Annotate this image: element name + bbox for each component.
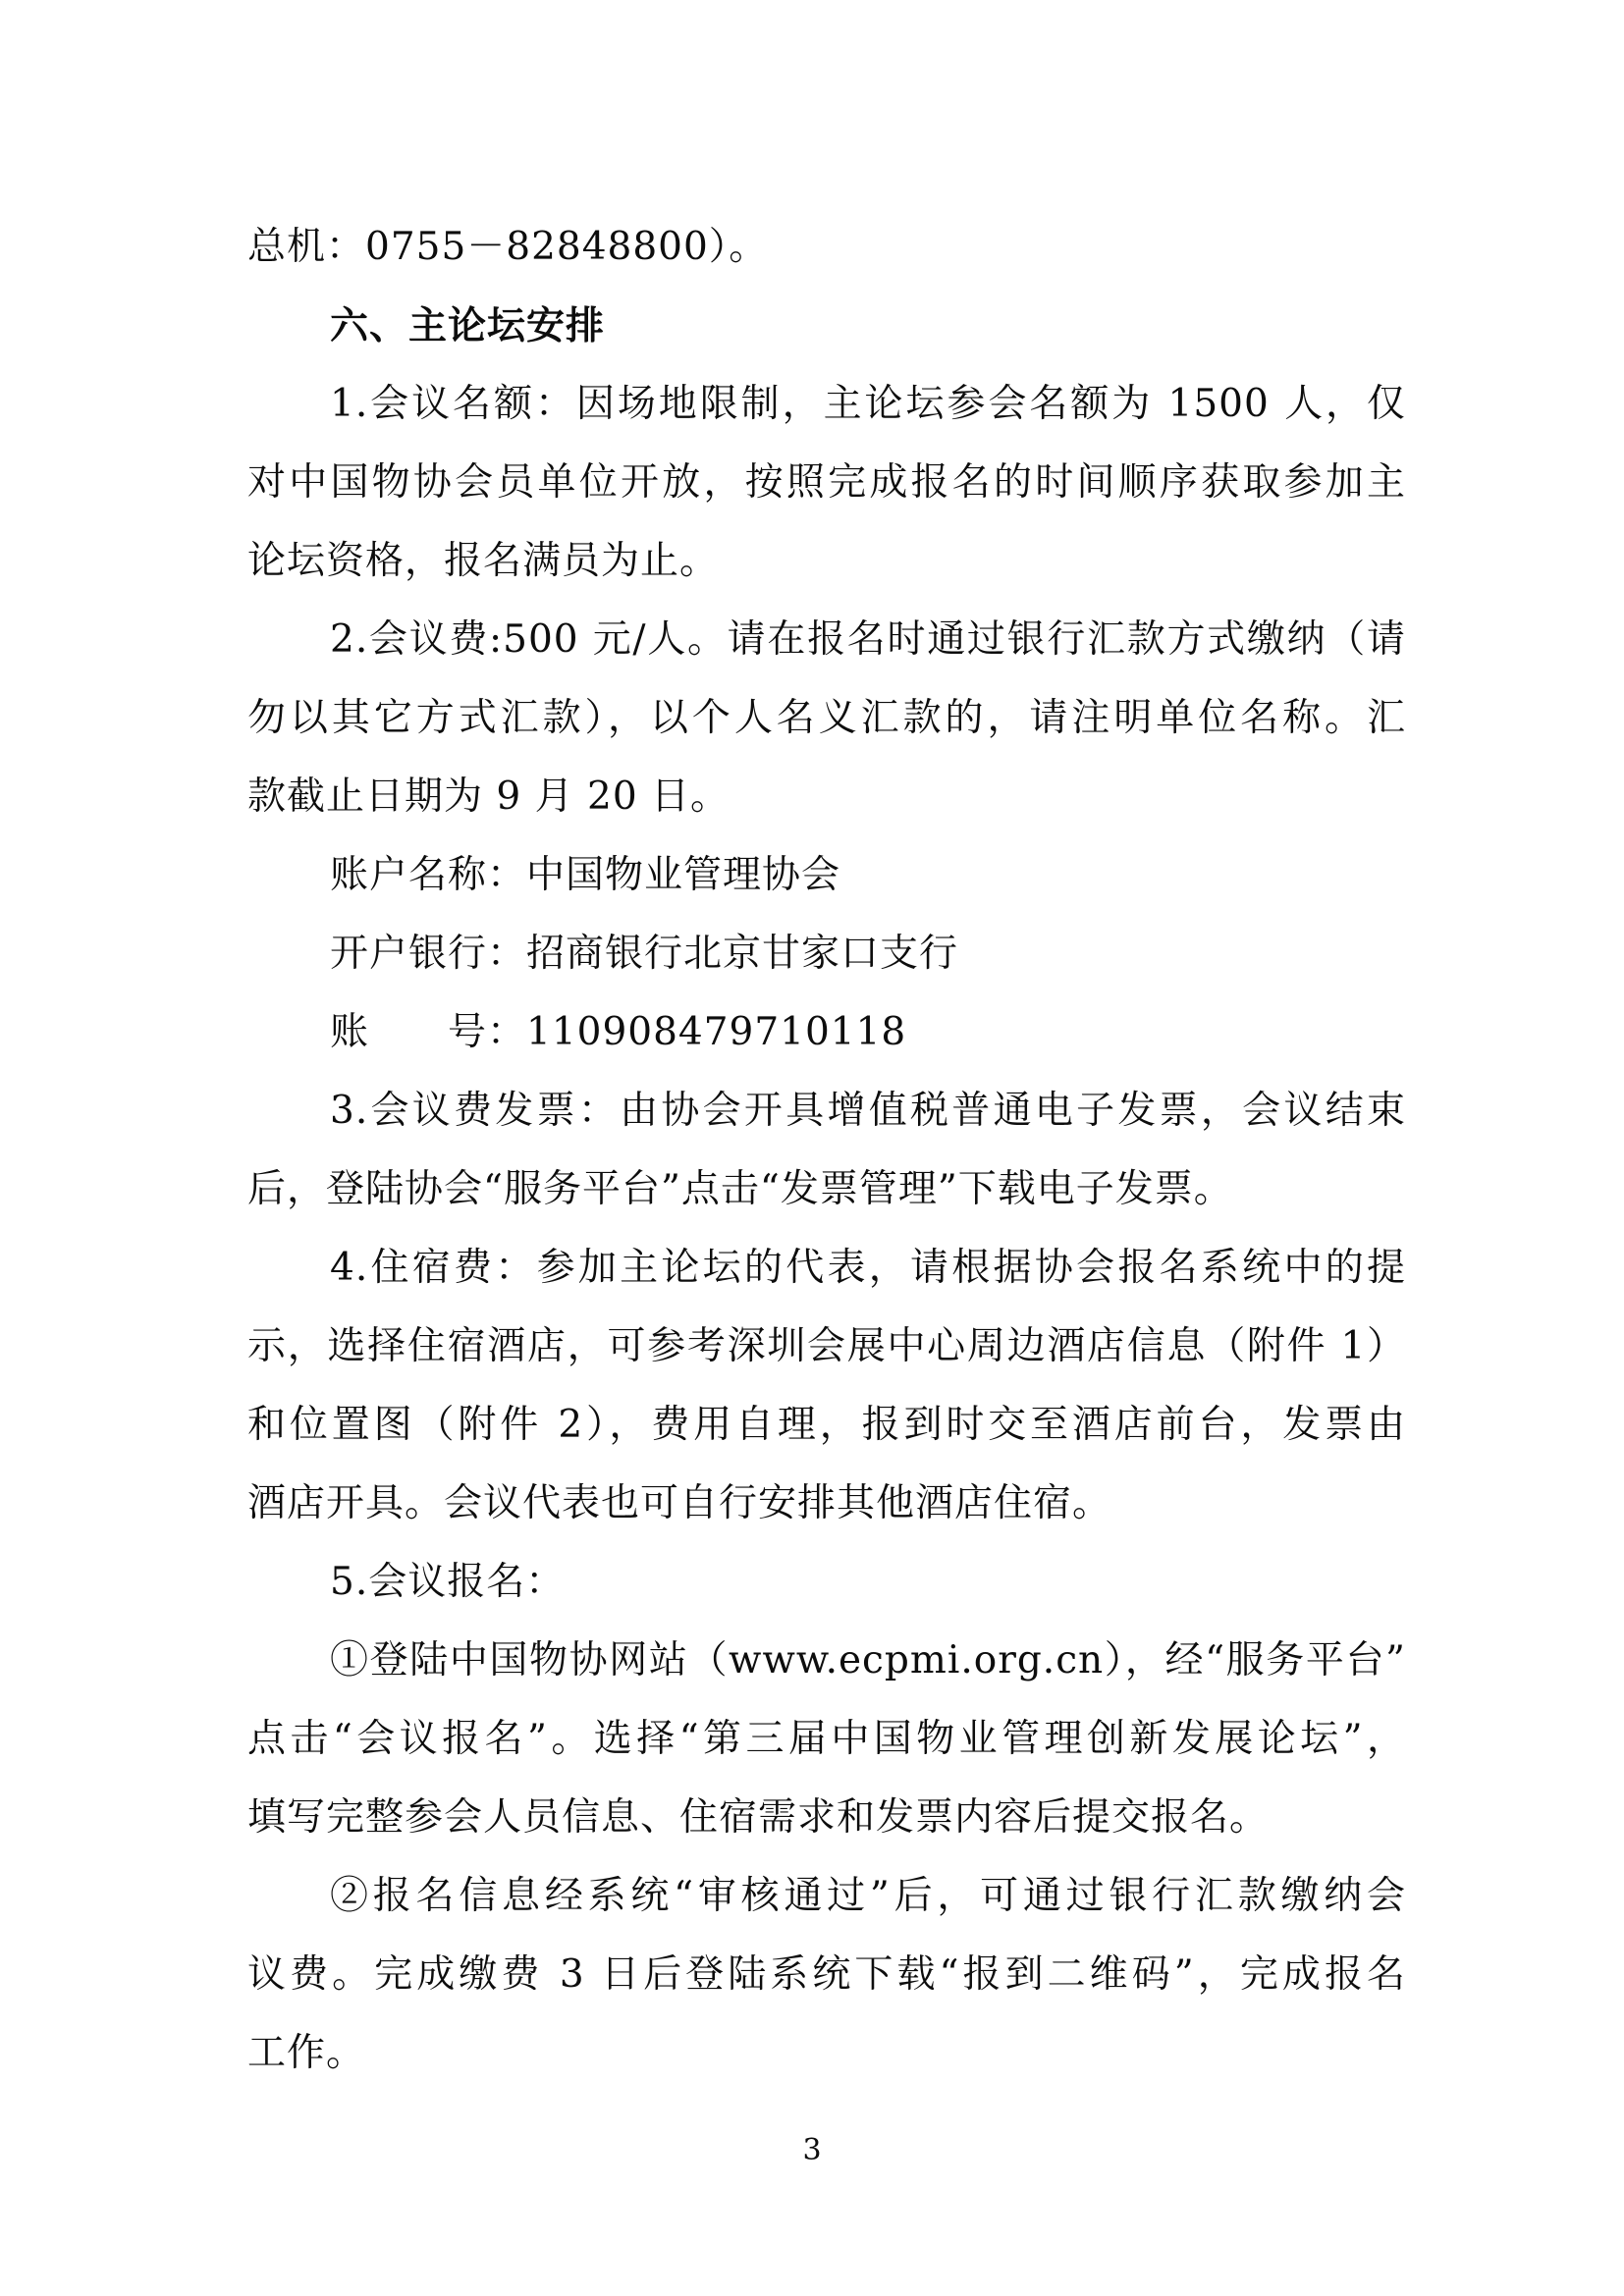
text-line: 2.会议费:500 元/人。请在报名时通过银行汇款方式缴纳（请 (247, 601, 1406, 679)
text-line: 4.住宿费：参加主论坛的代表，请根据协会报名系统中的提 (247, 1229, 1406, 1308)
text-line: 议费。完成缴费 3 日后登陆系统下载“报到二维码”，完成报名 (247, 1936, 1406, 2014)
text-line: 3.会议费发票：由协会开具增值税普通电子发票，会议结束 (247, 1072, 1406, 1150)
text-line: 款截止日期为 9 月 20 日。 (247, 758, 1406, 836)
document-page: 总机：0755－82848800）。 六、主论坛安排 1.会议名额：因场地限制，… (0, 0, 1624, 2296)
text-line: 论坛资格，报名满员为止。 (247, 522, 1406, 601)
text-line: 酒店开具。会议代表也可自行安排其他酒店住宿。 (247, 1465, 1406, 1543)
text-line: 示，选择住宿酒店，可参考深圳会展中心周边酒店信息（附件 1） (247, 1308, 1406, 1386)
text-line: ②报名信息经系统“审核通过”后，可通过银行汇款缴纳会 (247, 1857, 1406, 1936)
text-line: 点击“会议报名”。选择“第三届中国物业管理创新发展论坛”， (247, 1700, 1406, 1779)
text-line: 1.会议名额：因场地限制，主论坛参会名额为 1500 人，仅 (247, 365, 1406, 444)
text-line: 工作。 (247, 2014, 1406, 2093)
text-line: 总机：0755－82848800）。 (247, 208, 1406, 287)
text-line: ①登陆中国物协网站（www.ecpmi.org.cn），经“服务平台” (247, 1622, 1406, 1700)
text-line: 勿以其它方式汇款），以个人名义汇款的，请注明单位名称。汇 (247, 679, 1406, 758)
bank-name-line: 开户银行：招商银行北京甘家口支行 (247, 915, 1406, 993)
text-line: 对中国物协会员单位开放，按照完成报名的时间顺序获取参加主 (247, 444, 1406, 522)
page-number: 3 (0, 2133, 1624, 2168)
account-name-line: 账户名称：中国物业管理协会 (247, 836, 1406, 915)
text-line: 和位置图（附件 2），费用自理，报到时交至酒店前台，发票由 (247, 1386, 1406, 1465)
text-line: 5.会议报名： (247, 1543, 1406, 1622)
section-heading: 六、主论坛安排 (247, 287, 1406, 365)
account-number-line: 账 号：110908479710118 (247, 993, 1406, 1072)
text-line: 填写完整参会人员信息、住宿需求和发票内容后提交报名。 (247, 1779, 1406, 1857)
text-line: 后，登陆协会“服务平台”点击“发票管理”下载电子发票。 (247, 1150, 1406, 1229)
